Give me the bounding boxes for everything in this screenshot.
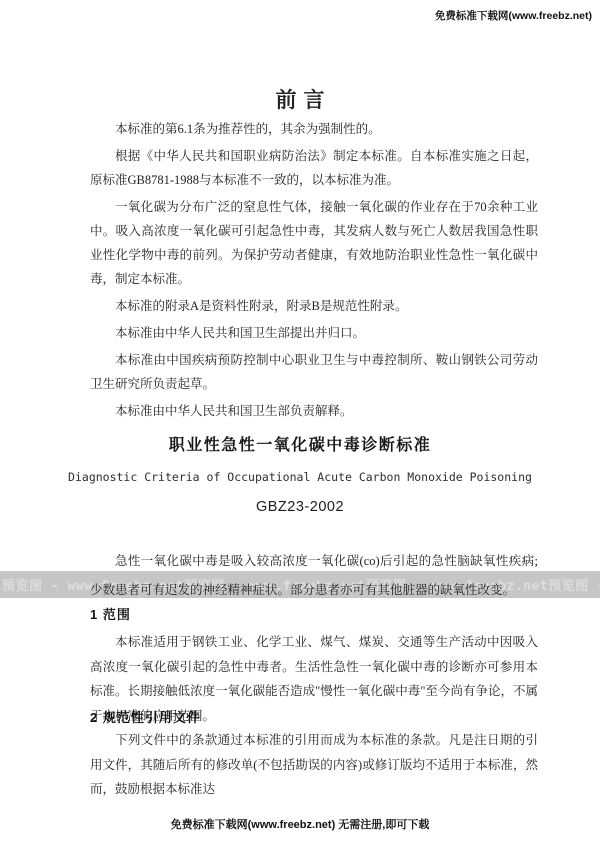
foreword-paragraph: 本标准由中国疾病预防控制中心职业卫生与中毒控制所、鞍山钢铁公司劳动卫生研究所负责… [90, 348, 538, 396]
foreword-paragraph: 本标准的第6.1条为推荐性的，其余为强制性的。 [90, 117, 538, 141]
foreword-paragraph: 本标准的附录A是资料性附录，附录B是规范性附录。 [90, 294, 538, 318]
section-2-body: 下列文件中的条款通过本标准的引用而成为本标准的条款。凡是注日期的引用文件，其随后… [90, 728, 538, 802]
watermark-text: 预览图 - www.freebz.net [548, 575, 600, 594]
standard-intro-paragraph: 急性一氧化碳中毒是吸入较高浓度一氧化碳(co)后引起的急性脑缺氧性疾病;少数患者… [90, 547, 538, 605]
foreword-paragraph: 一氧化碳为分布广泛的窒息性气体，接触一氧化碳的作业存在于70余种工业中。吸入高浓… [90, 195, 538, 291]
section-1-heading: 1 范围 [90, 604, 131, 623]
standard-code: GBZ23-2002 [0, 499, 600, 515]
site-footer-text: 免费标准下载网(www.freebz.net) 无需注册,即可下载 [0, 816, 600, 832]
foreword-paragraph: 本标准由中华人民共和国卫生部提出并归口。 [90, 321, 538, 345]
standard-title-chinese: 职业性急性一氧化碳中毒诊断标准 [0, 432, 600, 455]
standard-title-english: Diagnostic Criteria of Occupational Acut… [0, 470, 600, 484]
foreword-paragraph: 本标准由中华人民共和国卫生部负责解释。 [90, 399, 538, 423]
section-2-heading: 2 规范性引用文件 [90, 707, 201, 726]
foreword-body: 本标准的第6.1条为推荐性的，其余为强制性的。 根据《中华人民共和国职业病防治法… [90, 117, 538, 426]
document-page: 预览图 - www.freebz.net 预览图 - www.freebz.ne… [0, 0, 600, 848]
site-header-link: 免费标准下载网(www.freebz.net) [435, 8, 592, 23]
foreword-paragraph: 根据《中华人民共和国职业病防治法》制定本标准。自本标准实施之日起，原标准GB87… [90, 144, 538, 192]
foreword-title: 前言 [0, 84, 600, 114]
